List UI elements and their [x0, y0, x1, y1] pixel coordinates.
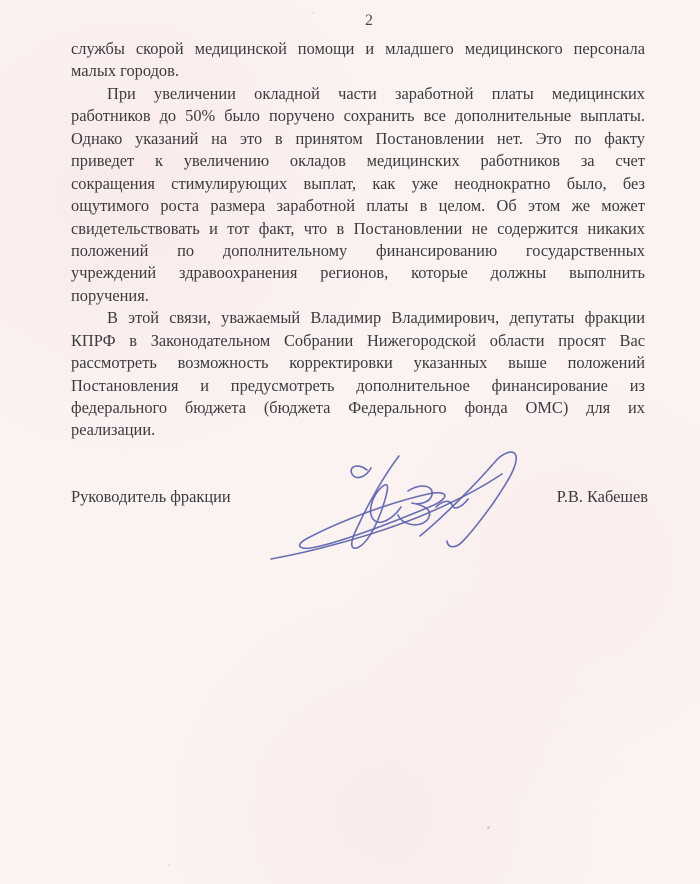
- text-line: службы скорой медицинской помощи и младш…: [71, 38, 645, 60]
- text-line: Постановления и предусмотреть дополнител…: [71, 375, 645, 397]
- text-line: При увеличении окладной части заработной…: [71, 83, 645, 105]
- signatory-name: Р.В. Кабешев: [557, 487, 648, 507]
- signature-block: Руководитель фракции Р.В. Кабешев: [71, 487, 648, 507]
- text-line: работников до 50% было поручено сохранит…: [71, 105, 645, 127]
- text-line: В этой связи, уважаемый Владимир Владими…: [71, 307, 645, 329]
- text-line: КПРФ в Законодательном Собрании Нижегоро…: [71, 330, 645, 352]
- scan-speckle: [168, 864, 170, 866]
- text-line: сокращения стимулирующих выплат, как уже…: [71, 173, 645, 195]
- signatory-title: Руководитель фракции: [71, 487, 231, 507]
- text-line: рассмотреть возможность корректировки ук…: [71, 352, 645, 374]
- text-line: Однако указаний на это в принятом Постан…: [71, 128, 645, 150]
- text-line: реализации.: [71, 419, 645, 441]
- scan-speckle: [487, 826, 490, 829]
- text-line: федерального бюджета (бюджета Федерально…: [71, 397, 645, 419]
- scanned-letter-page: 2 службы скорой медицинской помощи и мла…: [0, 0, 700, 884]
- text-line: поручения.: [71, 285, 645, 307]
- text-line: малых городов.: [71, 60, 645, 82]
- text-line: ощутимого роста размера заработной платы…: [71, 195, 645, 217]
- text-line: положений по дополнительному финансирова…: [71, 240, 645, 262]
- letter-body: службы скорой медицинской помощи и младш…: [71, 38, 645, 442]
- text-line: учреждений здравоохранения регионов, кот…: [71, 262, 645, 284]
- text-line: свидетельствовать и тот факт, что в Пост…: [71, 218, 645, 240]
- scan-speckle: [311, 12, 314, 14]
- text-line: приведет к увеличению окладов медицински…: [71, 150, 645, 172]
- page-number: 2: [19, 12, 700, 30]
